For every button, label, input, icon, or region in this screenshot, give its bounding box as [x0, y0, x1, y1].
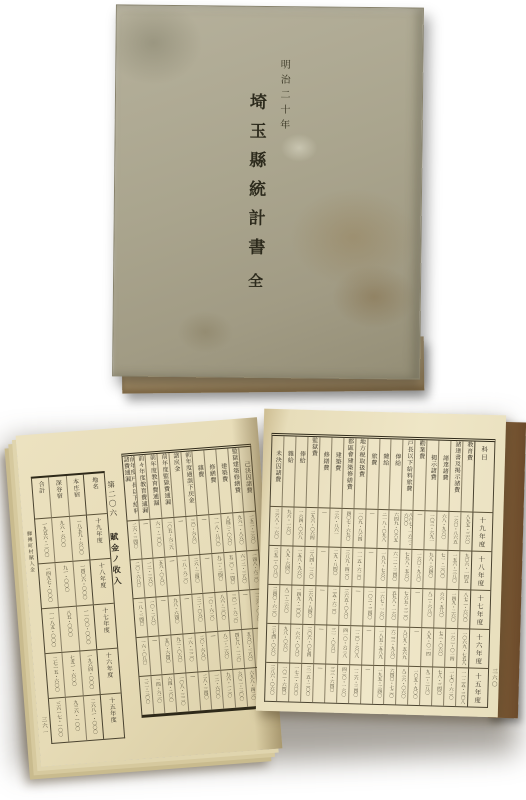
value-cell: ―	[350, 587, 363, 625]
value-cell: 六四九・〇六五	[388, 510, 401, 548]
value-cell: 一一五・六二〇	[351, 548, 364, 586]
value-cell: 一六二・〇一四	[444, 629, 457, 667]
year-label: 十七年度	[93, 604, 117, 649]
value-cell: ―	[408, 628, 421, 666]
year-label: 十五年度	[467, 668, 488, 707]
year-label: 十六年度	[96, 649, 120, 694]
levy-data-row: 十六年度一九六四・〇〇〇七五一・六〇〇二七一五・六〇〇	[45, 648, 120, 698]
value-cell: 二五・六二〇	[326, 587, 339, 625]
value-cell: 三三・六四〇	[324, 664, 337, 702]
value-cell: 六一二・三四〇	[387, 549, 400, 587]
cover-title: 埼玉縣統計書	[242, 93, 269, 267]
value-cell: 四〇七・六九〇	[340, 509, 353, 547]
value-cell: 二八四・一三〇	[303, 547, 316, 585]
value-cell: 一〇五・九〇〇	[407, 667, 420, 705]
value-cell: 一二六・三四〇	[348, 665, 361, 703]
levy-data-row: 十八年度一四〇六・〇〇〇九一・〇〇〇一四九七・〇〇〇	[38, 558, 113, 608]
year-label: 十九年度	[86, 514, 110, 559]
table-header-row: 己決囚諸費監獄建築修繕費建築費修繕費雜費前年度過誤下戻金諸戻金前年度監獄費逋漏前…	[123, 447, 256, 521]
value-cell: 九八・〇六〇	[277, 624, 290, 662]
expense-table-continuation: 己決囚諸費監獄建築修繕費建築費修繕費雜費前年度過誤下戻金諸戻金前年度監獄費逋漏前…	[121, 444, 271, 718]
year-label: 十九年度	[471, 513, 492, 552]
value-cell: 二九六・〇六四	[304, 508, 317, 546]
value-cell: 七八・三四〇	[431, 667, 444, 705]
value-cell: ―	[363, 549, 376, 587]
value-cell: 七三・〇六〇	[432, 628, 445, 666]
value-cell: ―	[314, 586, 327, 624]
value-cell: ―	[238, 590, 253, 629]
expense-table: 科目教育費諸達書及掲示諸費諸達諸費掲示諸費勸業費戸長以下給料旅費俸給雜給旅費地方…	[264, 433, 495, 708]
value-cell: 二一八・〇九八	[376, 510, 389, 548]
levy-data-row: 十五年度二六八一・〇〇〇九三六・一〇〇三六一七・一〇〇	[49, 692, 124, 742]
value-cell: 八九・〇一四	[420, 628, 433, 666]
value-cell: 一〇三・六九一	[424, 511, 437, 549]
value-cell: 八三六・〇六〇	[395, 666, 408, 704]
value-cell: ―	[410, 589, 423, 627]
value-cell: 四二〇・一六〇	[336, 665, 349, 703]
value-cell: 八九五・三六〇	[459, 512, 472, 550]
value-cell: 五九八・一六〇	[386, 588, 399, 626]
left-page-number: 三六一	[39, 716, 48, 736]
value-cell: 七一・二〇〇	[434, 551, 447, 589]
value-cell: 一八五・五八九	[373, 627, 386, 665]
value-cell: 七九八・五六〇	[399, 550, 412, 588]
value-cell: 五六〇・三八〇	[241, 629, 256, 668]
value-cell: 八九・六四〇	[279, 546, 292, 584]
year-label: 十八年度	[89, 559, 113, 604]
value-cell: 二九・八四〇	[327, 548, 340, 586]
value-cell: 八〇九・五六九	[397, 627, 410, 665]
value-cell: 七六五・三二〇	[398, 589, 411, 627]
value-cell: 九六一・八六〇	[232, 513, 247, 552]
value-cell: 六一二・三八〇	[235, 551, 250, 590]
value-cell: 八七二・六〇〇	[457, 590, 470, 628]
photo-canvas: 明治二十年 埼玉縣統計書 全 驛傳町村賦入金 己決囚諸費監獄建築修繕費建築費修繕…	[0, 0, 526, 800]
value-cell: 八二・六八〇	[421, 589, 434, 627]
book-cover: 明治二十年 埼玉縣統計書 全	[114, 6, 422, 392]
value-cell: 一五六・三八〇	[446, 551, 459, 589]
levy-data-row: 十七年度一一〇〇・〇〇〇八五・〇〇〇一一八五・〇〇〇	[42, 603, 117, 653]
table-data-row: 十七年度八七二・六〇〇一四九・二六〇六六・五八〇八二・六八〇―七六五・三二〇五九…	[267, 584, 490, 629]
value-cell: 六八・九六〇	[436, 512, 449, 550]
value-cell: 六四〇・七二〇	[383, 666, 396, 704]
value-cell: 一九五・三四〇	[372, 666, 385, 704]
value-cell: 一六四・〇六八	[292, 508, 305, 546]
value-cell: 一二〇・六〇八	[349, 626, 362, 664]
value-cell: 一九八・七六〇	[375, 549, 388, 587]
value-cell: ―	[364, 510, 377, 548]
value-cell: 一六六・〇八〇	[289, 624, 302, 662]
left-page: 驛傳町村賦入金 己決囚諸費監獄建築修繕費建築費修繕費雜費前年度過誤下戻金諸戻金前…	[16, 417, 283, 767]
value-cell: 二六九・八四〇	[302, 586, 315, 624]
year-label: 十八年度	[470, 552, 491, 591]
table-header-row: 科目教育費諸達書及掲示諸費諸達諸費掲示諸費勸業費戸長以下給料旅費俸給雜給旅費地方…	[271, 436, 495, 512]
value-cell: 四一〇・六三八	[337, 626, 350, 664]
value-cell: 六二三・九八〇	[385, 627, 398, 665]
value-cell: 一〇二・三四〇	[362, 588, 375, 626]
right-page-number: 三六〇	[490, 668, 499, 688]
category-label: 己決囚諸費	[238, 447, 255, 512]
value-cell: 三一・〇六〇	[325, 625, 338, 663]
value-cell: 一四九・二六〇	[445, 590, 458, 628]
value-cell: 一七〇・六二〇	[443, 668, 456, 706]
value-cell: ―	[361, 626, 374, 664]
value-cell: 一六七・一六〇	[374, 588, 387, 626]
value-cell: 三〇六・〇七四	[301, 625, 314, 663]
value-cell: 三六五・〇八〇	[338, 587, 351, 625]
value-cell: 一四九・二〇〇	[290, 586, 303, 624]
value-cell: ―	[360, 665, 373, 703]
cover-volume-label: 全	[245, 273, 266, 288]
value-cell: 一〇九・八六四	[352, 509, 365, 547]
value-cell: ―	[315, 547, 328, 585]
subject-header: 科目	[472, 442, 494, 513]
table-data-row: 十八年度九〇六・一四五一五六・三八〇七一・二〇〇九八・六四〇一六〇・九八〇七九八…	[268, 545, 491, 590]
value-cell: 九〇六・一四五	[458, 551, 471, 589]
value-cell: 九二・二八〇	[419, 667, 432, 705]
year-label: 十六年度	[468, 629, 489, 668]
levy-header-row: 地名本庄宿深谷宿合計	[32, 473, 107, 518]
value-cell: 六六・五八〇	[433, 590, 446, 628]
value-cell: 一〇六九・七五八	[456, 629, 469, 667]
value-cell: 九八・六四〇	[423, 550, 436, 588]
value-cell: 八二・三六〇	[278, 585, 291, 623]
open-book: 驛傳町村賦入金 己決囚諸費監獄建築修繕費建築費修繕費雜費前年度過誤下戻金諸戻金前…	[8, 392, 522, 796]
place-header: 地名	[83, 473, 107, 514]
value-cell: 一〇二・六四〇	[276, 663, 289, 701]
value-cell: ―	[313, 625, 326, 663]
value-cell: 一七二・六〇〇	[288, 663, 301, 701]
value-cell: ―	[312, 664, 325, 702]
year-label: 十五年度	[100, 693, 124, 738]
value-cell: ―	[316, 508, 329, 546]
value-cell: ―	[412, 511, 425, 549]
value-cell: 三八九・四二〇	[339, 548, 352, 586]
table-data-row: 十六年度一〇六九・七五八一六二・〇一四七三・〇六〇八九・〇一四―八〇九・五六九六…	[266, 623, 489, 668]
cover-front: 明治二十年 埼玉縣統計書 全	[112, 4, 424, 379]
value-cell: 一五八・九六〇	[291, 547, 304, 585]
value-cell: 九六・一六〇	[280, 507, 293, 545]
value-cell: 一六〇・九八〇	[411, 550, 424, 588]
right-page: 科目教育費諸達書及掲示諸費諸達諸費掲示諸費勸業費戸長以下給料旅費俸給雜給旅費地方…	[256, 409, 506, 718]
year-label: 十七年度	[469, 591, 490, 630]
value-cell: 一一二五・三〇八	[455, 668, 468, 706]
table-data-row: 十九年度八九五・三六〇一六〇・八六五六八・九六〇一〇三・六九一―八六七・一六三・…	[269, 506, 492, 551]
value-cell: 八六七・一六三・六〇〇	[400, 511, 413, 549]
levy-data-row: 十九年度一八五九・六〇〇九六・六〇〇一九五六・二〇〇	[35, 513, 110, 563]
table-data-row: 十五年度一一二五・三〇八一七〇・六二〇七八・三四〇九二・二八〇一〇五・九〇〇八三…	[265, 662, 488, 707]
cover-era-label: 明治二十年	[276, 59, 292, 134]
value-cell: 一六〇・八六五	[448, 512, 461, 550]
value-cell: 一五二・三六〇	[243, 512, 258, 551]
value-cell: 三一五・二〇〇	[300, 664, 313, 702]
value-cell: 三六・八六一	[328, 509, 341, 547]
